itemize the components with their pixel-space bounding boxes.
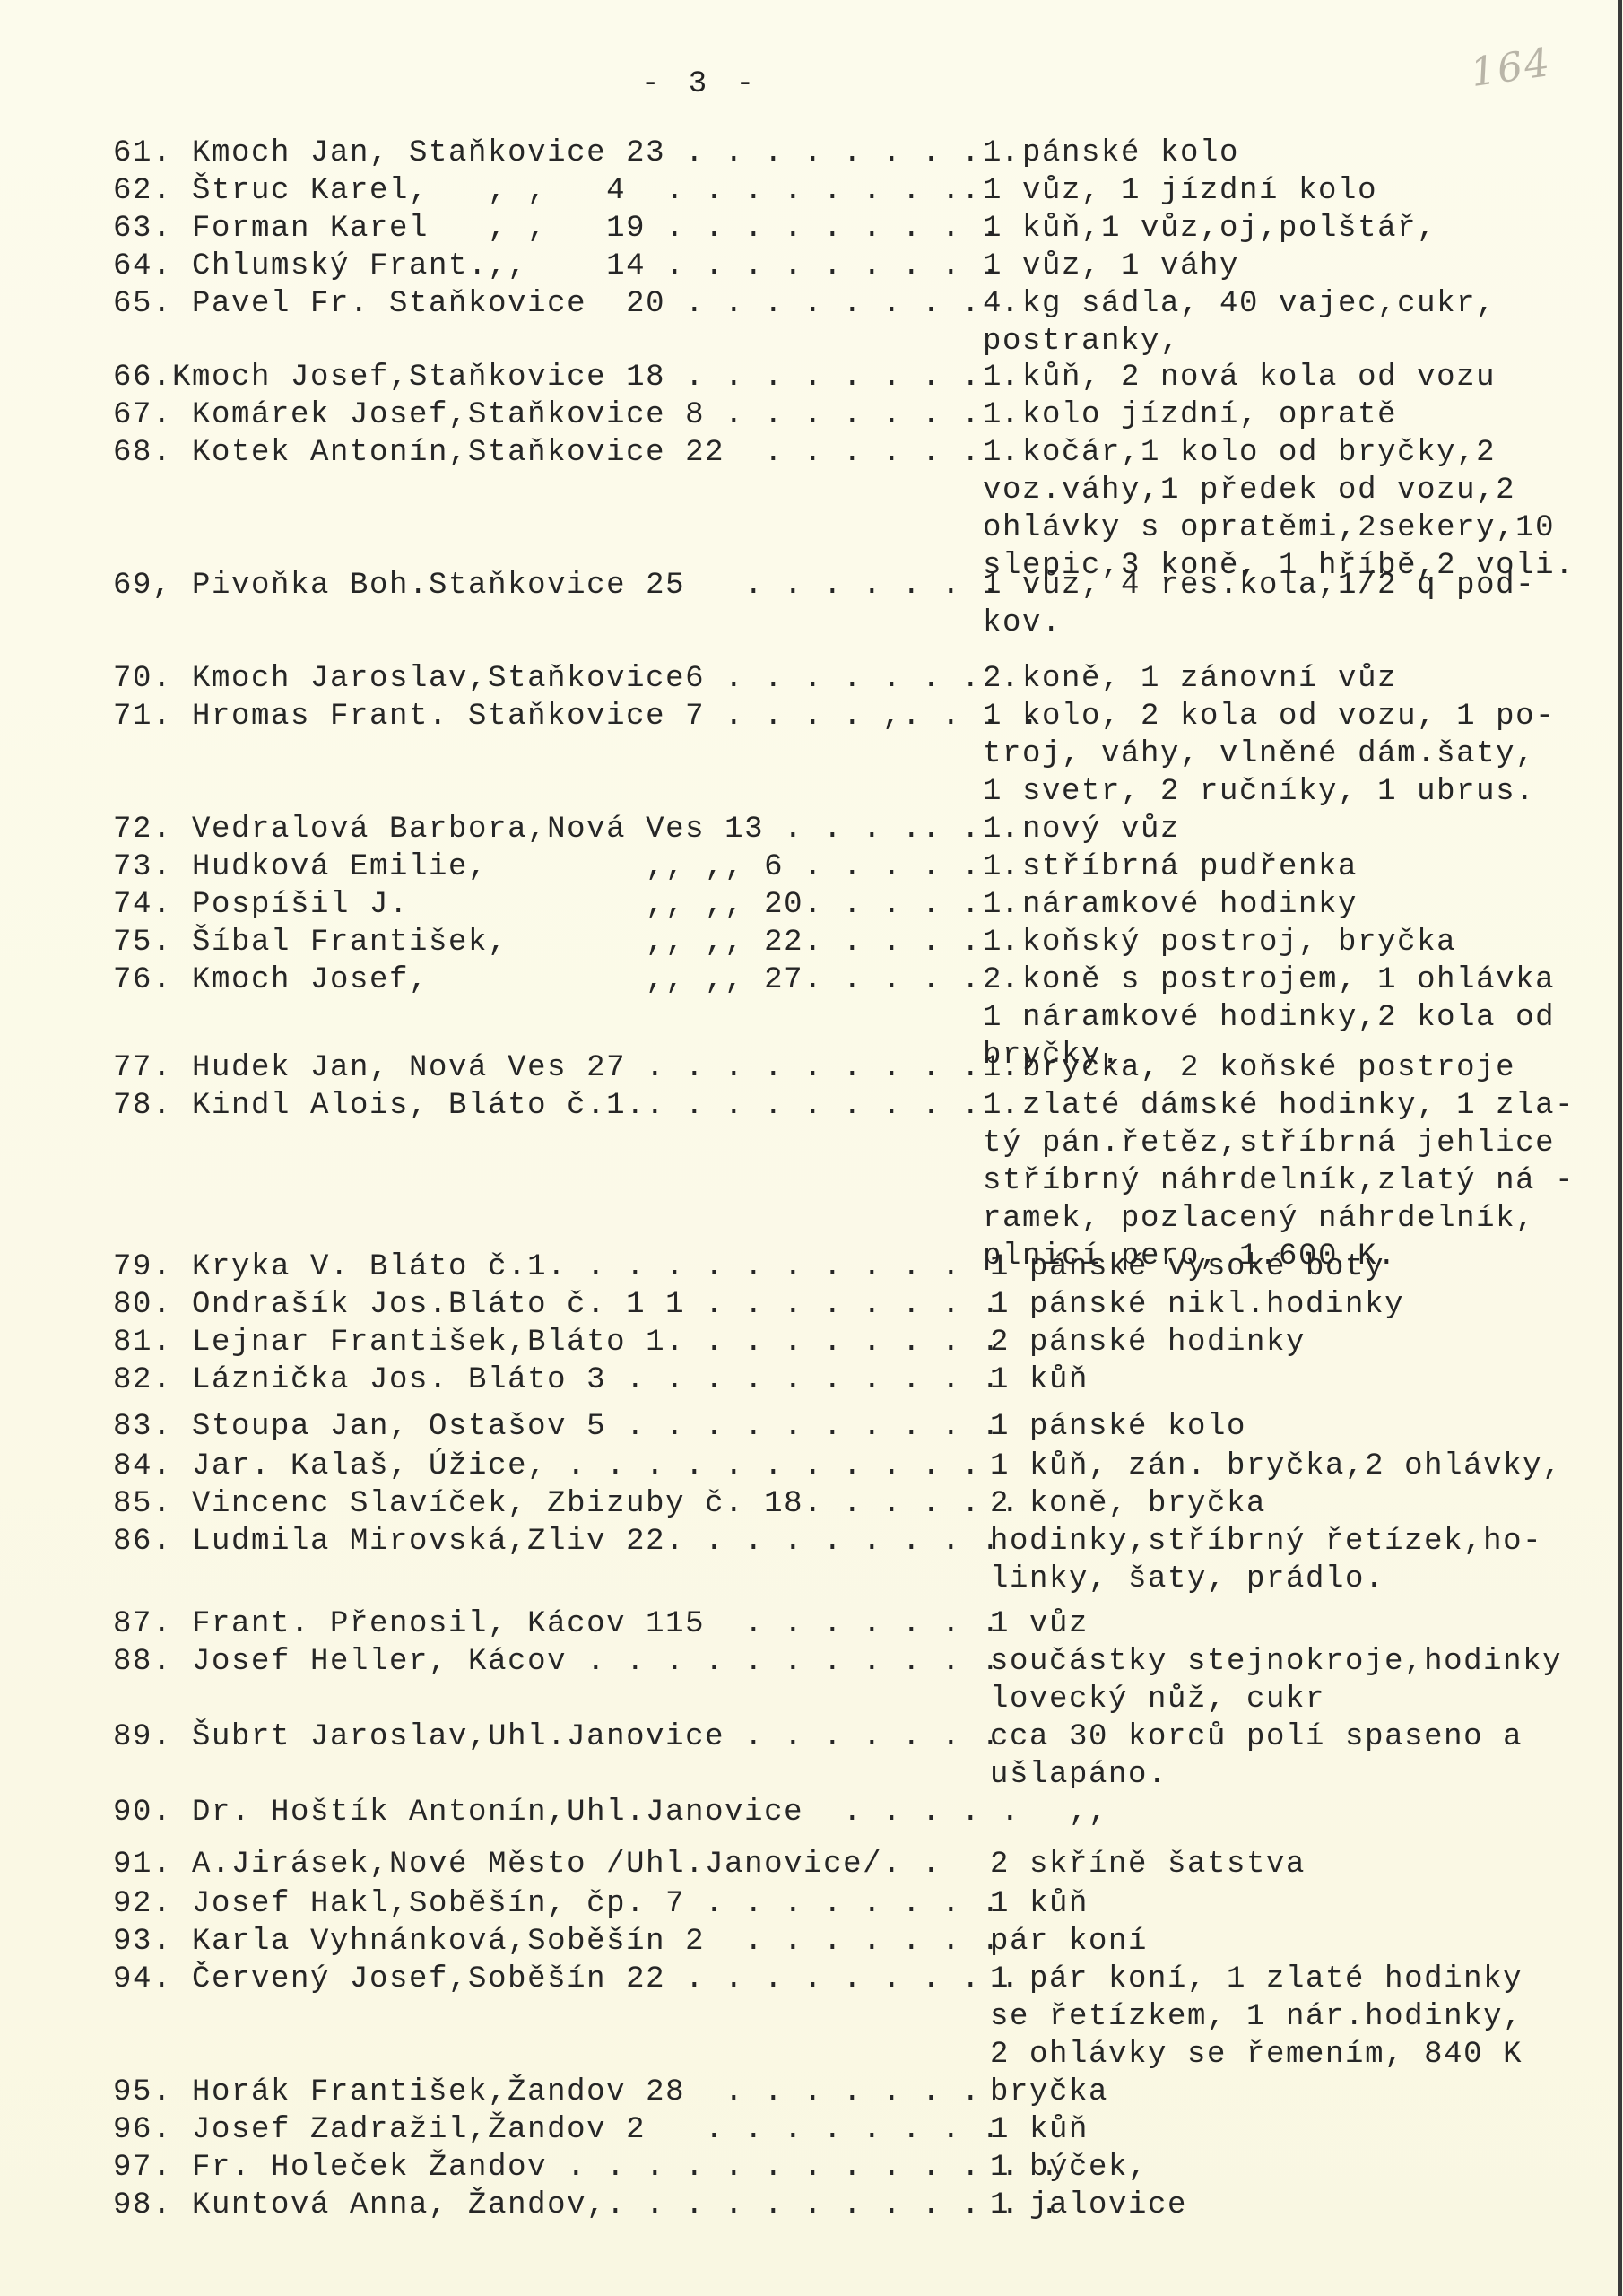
entry-items: 1 bryčka, 2 koňské postroje: [983, 1049, 1515, 1087]
entry-name-address: 84. Jar. Kalaš, Úžice, . . . . . . . . .…: [113, 1448, 981, 1485]
entry-name-address: 98. Kuntová Anna, Žandov,. . . . . . . .…: [113, 2187, 1060, 2224]
entry-name-address: 72. Vedralová Barbora,Nová Ves 13 . . . …: [113, 811, 1020, 848]
entry-name-address: 92. Josef Hakl,Soběšín, čp. 7 . . . . . …: [113, 1885, 1001, 1923]
entry-items: 1 náramkové hodinky,2 kola od: [983, 999, 1555, 1037]
entry-items: kov.: [983, 604, 1062, 642]
entry-items: linky, šaty, prádlo.: [990, 1561, 1384, 1598]
entry-name-address: 89. Šubrt Jaroslav,Uhl.Janovice . . . . …: [113, 1718, 1001, 1756]
entry-name-address: 73. Hudková Emilie, ,, ,, 6 . . . . . .: [113, 848, 1020, 886]
entry-items: 4 kg sádla, 40 vajec,cukr,: [983, 285, 1496, 323]
entry-items: 1 vůz, 1 jízdní kolo: [983, 172, 1377, 210]
entry-items: 1 pánské nikl.hodinky: [990, 1286, 1404, 1324]
entry-items: ohlávky s opratěmi,2sekery,10: [983, 509, 1555, 547]
entry-items: bryčka: [990, 2074, 1108, 2111]
entry-items: 1 vůz, 4 res.kola,1/2 q pod-: [983, 567, 1535, 604]
entry-items: tý pán.řetěz,stříbrná jehlice: [983, 1125, 1555, 1162]
entry-items: ,,: [990, 1794, 1108, 1831]
entry-name-address: 69, Pivoňka Boh.Staňkovice 25 . . . . . …: [113, 567, 1040, 604]
entry-items: 1 býček,: [990, 2149, 1148, 2187]
entry-name-address: 78. Kindl Alois, Bláto č.1.. . . . . . .…: [113, 1087, 1020, 1125]
entry-items: 1 pánské kolo: [990, 1408, 1246, 1446]
entry-name-address: 97. Fr. Holeček Žandov . . . . . . . . .…: [113, 2149, 1060, 2187]
entry-name-address: 62. Štruc Karel, , , 4 . . . . . . . ..: [113, 172, 981, 210]
entry-items: 1 stříbrná pudřenka: [983, 848, 1358, 886]
entry-name-address: 66.Kmoch Josef,Staňkovice 18 . . . . . .…: [113, 359, 1020, 396]
entry-items: 1 svetr, 2 ručníky, 1 ubrus.: [983, 773, 1535, 811]
entry-name-address: 91. A.Jirásek,Nové Město /Uhl.Janovice/.…: [113, 1846, 942, 1883]
entry-name-address: 85. Vincenc Slavíček, Zbizuby č. 18. . .…: [113, 1485, 1020, 1523]
entry-items: 1 kůň, zán. bryčka,2 ohlávky,: [990, 1448, 1562, 1485]
entry-name-address: 65. Pavel Fr. Staňkovice 20 . . . . . . …: [113, 285, 1020, 323]
entry-items: 1 pánské kolo: [983, 135, 1239, 172]
entry-items: 1 pár koní, 1 zlaté hodinky: [990, 1961, 1523, 1998]
entry-items: lovecký nůž, cukr: [990, 1681, 1325, 1718]
entry-items: ramek, pozlacený náhrdelník,: [983, 1200, 1535, 1238]
entry-items: 1 kočár,1 kolo od bryčky,2: [983, 434, 1496, 472]
entry-items: voz.váhy,1 předek od vozu,2: [983, 472, 1515, 509]
entry-items: 2 pánské hodinky: [990, 1324, 1306, 1361]
entry-items: pár koní: [990, 1923, 1148, 1961]
entry-name-address: 75. Šíbal František, ,, ,, 22. . . . . .: [113, 924, 1020, 961]
entry-items: 2 ohlávky se řemením, 840 K: [990, 2036, 1523, 2074]
entry-name-address: 76. Kmoch Josef, ,, ,, 27. . . . . .: [113, 961, 1020, 999]
entry-name-address: 70. Kmoch Jaroslav,Staňkovice6 . . . . .…: [113, 660, 1020, 698]
entry-items: součástky stejnokroje,hodinky: [990, 1643, 1562, 1681]
entry-name-address: 96. Josef Zadražil,Žandov 2 . . . . . . …: [113, 2111, 1001, 2149]
entry-name-address: 77. Hudek Jan, Nová Ves 27 . . . . . . .…: [113, 1049, 1020, 1087]
entry-items: se řetízkem, 1 nár.hodinky,: [990, 1998, 1523, 2036]
entry-items: 2 koně s postrojem, 1 ohlávka: [983, 961, 1555, 999]
entry-items: 1 nový vůz: [983, 811, 1180, 848]
entry-items: hodinky,stříbrný řetízek,ho-: [990, 1523, 1542, 1561]
entry-name-address: 95. Horák František,Žandov 28 . . . . . …: [113, 2074, 981, 2111]
entry-items: ušlapáno.: [990, 1756, 1167, 1794]
entry-items: 1 vůz: [990, 1605, 1089, 1643]
entry-items: 2 skříně šatstva: [990, 1846, 1306, 1883]
document-page: - 3 - 164 61. Kmoch Jan, Staňkovice 23 .…: [0, 0, 1622, 2296]
entry-items: postranky,: [983, 323, 1180, 361]
entry-items: 1 kůň: [990, 1885, 1089, 1923]
entry-name-address: 82. Láznička Jos. Bláto 3 . . . . . . . …: [113, 1361, 1001, 1399]
entry-name-address: 63. Forman Karel , , 19 . . . . . . . . …: [113, 210, 1001, 248]
page-number: - 3 -: [641, 67, 759, 101]
entry-items: 1 kůň,1 vůz,oj,polštář,: [983, 210, 1436, 248]
entry-name-address: 79. Kryka V. Bláto č.1. . . . . . . . . …: [113, 1248, 961, 1286]
entry-items: 1 jalovice: [990, 2187, 1187, 2224]
entry-items: 1 kolo jízdní, opratě: [983, 396, 1397, 434]
entry-items: 1 kůň: [990, 1361, 1089, 1399]
entry-items: 1 kůň: [990, 2111, 1089, 2149]
entry-name-address: 93. Karla Vyhnánková,Soběšín 2 . . . . .…: [113, 1923, 1001, 1961]
entry-items: 1 náramkové hodinky: [983, 886, 1358, 924]
entry-name-address: 67. Komárek Josef,Staňkovice 8 . . . . .…: [113, 396, 1020, 434]
entry-items: stříbrný náhrdelník,zlatý ná -: [983, 1162, 1575, 1200]
entry-name-address: 74. Pospíšil J. ,, ,, 20. . . . . .: [113, 886, 1020, 924]
entry-name-address: 86. Ludmila Mirovská,Zliv 22. . . . . . …: [113, 1523, 1001, 1561]
entry-name-address: 68. Kotek Antonín,Staňkovice 22 . . . . …: [113, 434, 1020, 472]
entry-items: 1 kolo, 2 kola od vozu, 1 po-: [983, 698, 1555, 735]
entry-name-address: 61. Kmoch Jan, Staňkovice 23 . . . . . .…: [113, 135, 1020, 172]
entry-items: 1 zlaté dámské hodinky, 1 zla-: [983, 1087, 1575, 1125]
entry-items: troj, váhy, vlněné dám.šaty,: [983, 735, 1535, 773]
entry-name-address: 71. Hromas Frant. Staňkovice 7 . . . . ,…: [113, 698, 1040, 735]
entry-items: 1 kůň, 2 nová kola od vozu: [983, 359, 1496, 396]
handwritten-folio-number: 164: [1468, 39, 1554, 96]
entry-name-address: 83. Stoupa Jan, Ostašov 5 . . . . . . . …: [113, 1408, 1001, 1446]
entry-name-address: 90. Dr. Hoštík Antonín,Uhl.Janovice . . …: [113, 1794, 1020, 1831]
entry-items: cca 30 korců polí spaseno a: [990, 1718, 1523, 1756]
entry-items: 1 vůz, 1 váhy: [983, 248, 1239, 285]
entry-items: 2 koně, bryčka: [990, 1485, 1266, 1523]
entry-name-address: 64. Chlumský Frant.,, 14 . . . . . . . .…: [113, 248, 1001, 285]
entry-name-address: 94. Červený Josef,Soběšín 22 . . . . . .…: [113, 1961, 1020, 1998]
entry-items: 1 pánské vysoké boty: [990, 1248, 1384, 1286]
entry-name-address: 88. Josef Heller, Kácov . . . . . . . . …: [113, 1643, 1001, 1681]
entry-name-address: 80. Ondrašík Jos.Bláto č. 1 1 . . . . . …: [113, 1286, 1001, 1324]
entry-items: 1 koňský postroj, bryčka: [983, 924, 1456, 961]
entry-name-address: 81. Lejnar František,Bláto 1. . . . . . …: [113, 1324, 1001, 1361]
entry-items: 2 koně, 1 zánovní vůz: [983, 660, 1397, 698]
entry-name-address: 87. Frant. Přenosil, Kácov 115 . . . . .…: [113, 1605, 1001, 1643]
